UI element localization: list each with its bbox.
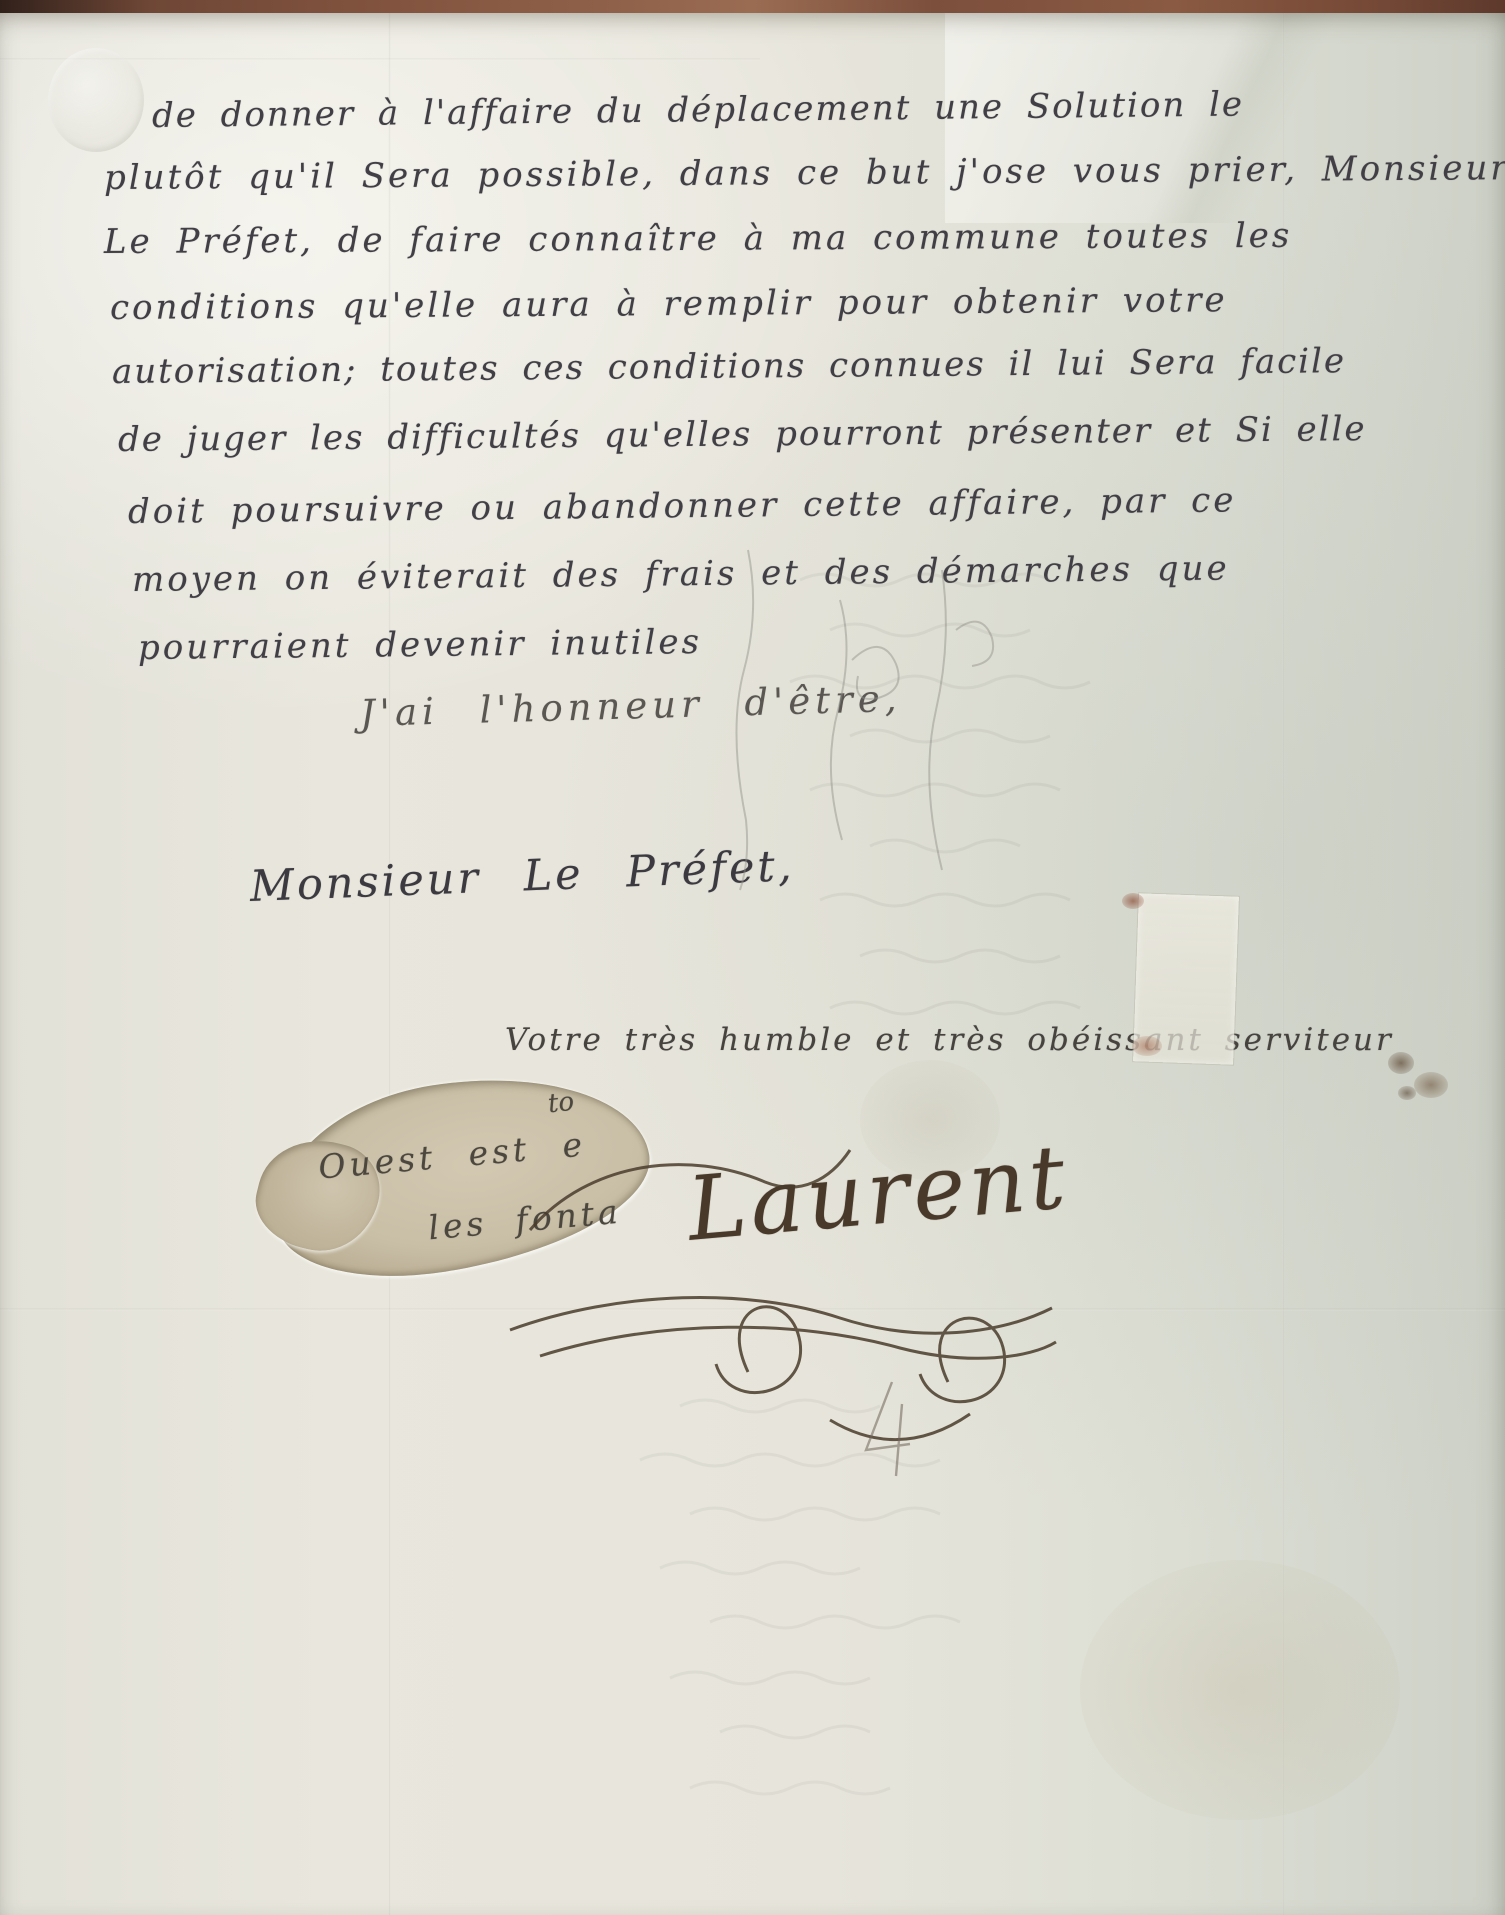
body-line-9: pourraient devenir inutiles [138, 622, 702, 668]
age-stain [1080, 1560, 1400, 1820]
body-line-6: de juger les difficultés qu'elles pourro… [118, 409, 1367, 460]
embossed-seal [48, 48, 144, 152]
valediction: Votre très humble et très obéissant serv… [505, 1022, 1394, 1058]
body-line-8: moyen on éviterait des frais et des déma… [132, 549, 1230, 600]
body-line-1: de donner à l'affaire du déplacement une… [152, 85, 1244, 136]
tape-patch [1133, 893, 1239, 1064]
body-line-7: doit poursuivre ou abandonner cette affa… [128, 480, 1237, 532]
ink-bleedthrough [760, 560, 1180, 1030]
letter-photo: de donner à l'affaire du déplacement une… [0, 0, 1505, 1915]
salutation: Monsieur Le Préfet, [249, 841, 795, 912]
desk-edge [0, 0, 1505, 13]
body-line-2: plutôt qu'il Sera possible, dans ce but … [104, 148, 1505, 198]
ink-speckle [1398, 1086, 1416, 1100]
vertical-fold-line [1282, 13, 1285, 1915]
body-line-3: Le Préfet, de faire connaître à ma commu… [104, 216, 1292, 262]
body-line-5: autorisation; toutes ces conditions conn… [112, 341, 1346, 392]
closing-line: J'ai l'honneur d'être, [359, 677, 902, 735]
signature: Laurent [684, 1125, 1073, 1261]
ink-speckle [1414, 1072, 1448, 1098]
body-line-4: conditions qu'elle aura à remplir pour o… [110, 280, 1228, 328]
horizontal-fold-line [0, 1308, 1505, 1311]
ink-bleedthrough-bottom [600, 1390, 1160, 1830]
hole-fragment-line-a: to [547, 1087, 576, 1120]
